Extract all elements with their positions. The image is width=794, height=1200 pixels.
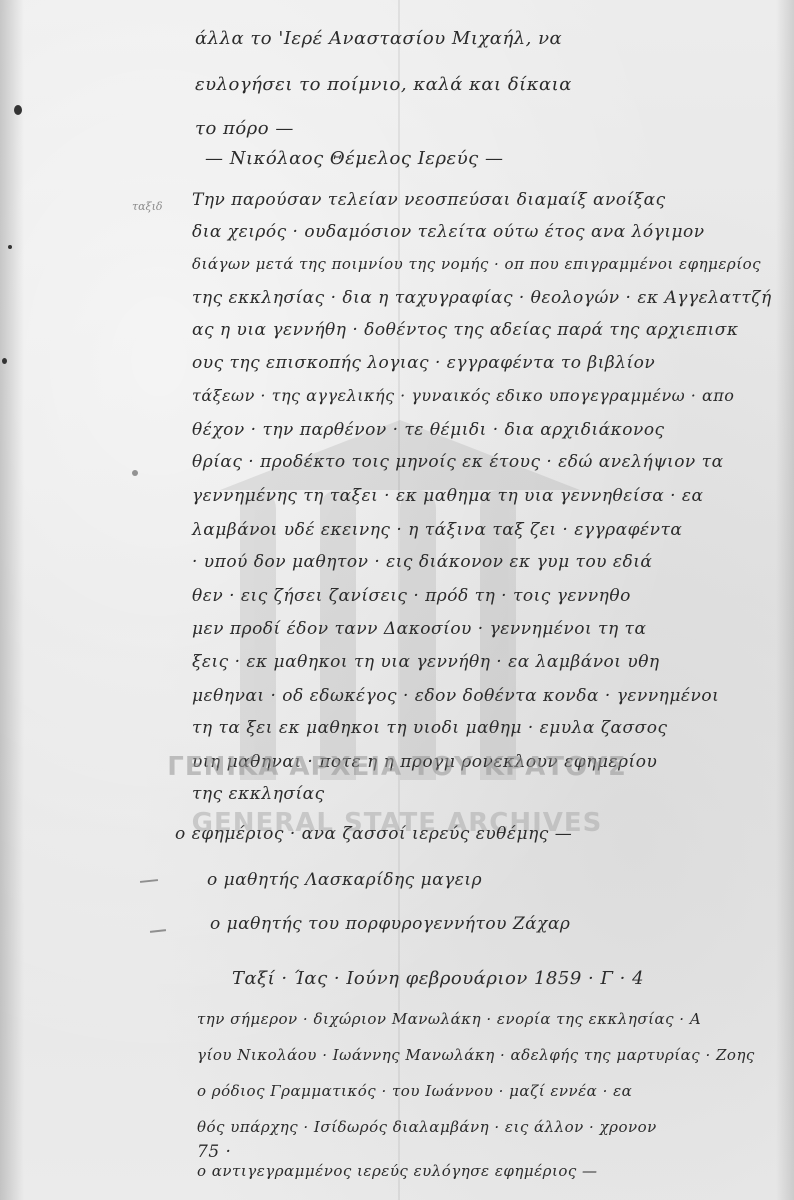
page-edge-shadow-right [776, 0, 794, 1200]
body-line: δια χειρός · ουδαμόσιον τελείτα ούτω έτο… [192, 222, 705, 242]
page-edge-shadow [0, 0, 24, 1200]
header-line: ευλογήσει το ποίμνιο, καλά και δίκαια [195, 74, 572, 95]
signature-priest: ο εφημέριος · ανα ζασσοί ιερεύς ευθέμης … [175, 824, 572, 844]
body-line: τη τα ξει εκ μαθηκοι τη υιοδι μαθημ · εμ… [192, 718, 667, 738]
body-line: ας η υια γεννήθη · δοθέντος της αδείας π… [192, 320, 739, 340]
body-line: ξεις · εκ μαθηκοι τη υια γεννήθη · εα λα… [192, 652, 660, 672]
signature-witness: ο μαθητής Λασκαρίδης μαγειρ [207, 870, 482, 890]
archive-watermark-greek: ΓΕΝΙΚΑ ΑΡΧΕΙΑ ΤΟΥ ΚΡΑΤΟΥΣ [0, 752, 794, 782]
ink-speck [14, 105, 22, 115]
body-line: μεθηναι · οδ εδωκέγος · εδον δοθέντα κον… [192, 686, 719, 706]
entry-line: ο ρόδιος Γραμματικός · του Ιωάννου · μαζ… [197, 1082, 632, 1100]
body-line: · υπού δον μαθητον · εις διάκονον εκ γυμ… [192, 552, 652, 572]
body-line: τάξεων · της αγγελικής · γυναικός εδικο … [192, 386, 734, 405]
header-line: το πόρο — [195, 118, 294, 139]
body-line: διάγων μετά της ποιμνίου της νομής · οπ … [192, 255, 761, 273]
body-line: θεν · εις ζήσει ζανίσεις · πρόδ τη · τοι… [192, 586, 631, 606]
pen-stroke [140, 879, 158, 883]
pen-stroke [150, 929, 166, 933]
body-line: της εκκλησίας [192, 784, 325, 804]
entry-line: θός υπάρχης · Ισίδωρός διαλαμβάνη · εις … [197, 1118, 657, 1136]
signature-witness: ο μαθητής του πορφυρογεννήτου Ζάχαρ [210, 914, 570, 934]
ink-speck [8, 245, 12, 249]
header-signature: — Νικόλαος Θέμελος Ιερεύς — [205, 148, 503, 169]
entry-line: ο αντιγεγραμμένος ιερεύς ευλόγησε εφημέρ… [197, 1162, 598, 1180]
entry-date-line: Ταξί · Ίας · Ιούνη φεβρουάριον 1859 · Γ … [232, 968, 644, 989]
body-line: θέχον · την παρθένον · τε θέμιδι · δια α… [192, 420, 665, 440]
body-line: θρίας · προδέκτο τοις μηνοίς εκ έτους · … [192, 452, 724, 472]
header-line: άλλα το 'Ιερέ Αναστασίου Μιχαήλ, να [195, 28, 562, 49]
body-line: λαμβάνοι υδέ εκεινης · η τάξινα ταξ ζει … [192, 520, 682, 540]
body-line: της εκκλησίας · δια η ταχυγραφίας · θεολ… [192, 288, 772, 308]
entry-age: 75 · [197, 1142, 231, 1162]
body-line: μεν προδί έδον τανν Δακοσίου · γεννημένο… [192, 619, 646, 639]
entry-line: την σήμερον · διχώριον Μανωλάκη · ενορία… [197, 1010, 701, 1028]
body-line: γεννημένης τη ταξει · εκ μαθημα τη υια γ… [192, 486, 703, 506]
document-page: ταξιδ άλλα το 'Ιερέ Αναστασίου Μιχαήλ, ν… [0, 0, 794, 1200]
body-line: Την παρούσαν τελείαν νεοσπεύσαι διαμαίξ … [192, 190, 666, 210]
ink-speck [2, 358, 7, 364]
entry-line: γίου Νικολάου · Ιωάννης Μανωλάκη · αδελφ… [197, 1046, 755, 1064]
body-line: ους της επισκοπής λογιας · εγγραφέντα το… [192, 353, 655, 373]
margin-note: ταξιδ [132, 200, 163, 213]
ink-speck [132, 470, 138, 476]
